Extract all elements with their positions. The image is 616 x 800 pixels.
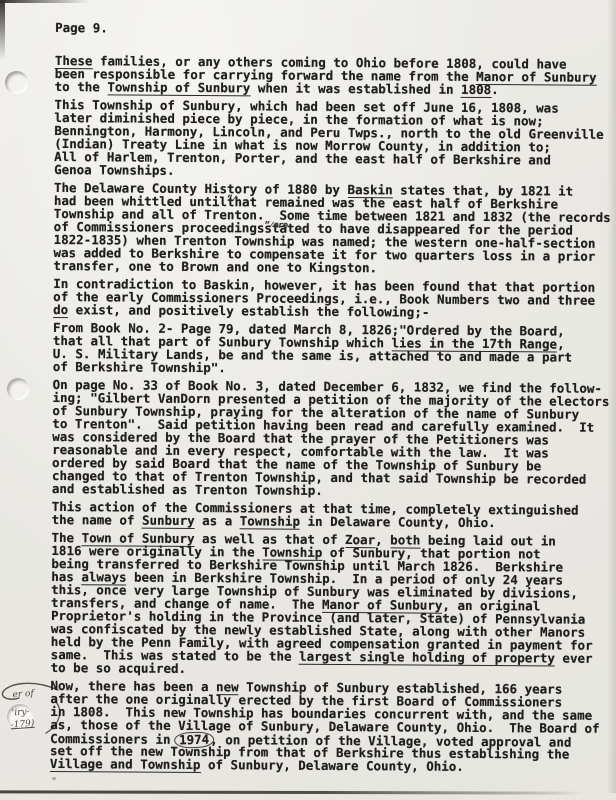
underlined-text: largest single holding of property: [299, 649, 555, 667]
underlined-text: Sunbury: [142, 513, 195, 529]
paragraph: On page No. 33 of Book No. 3, dated Dece…: [52, 378, 614, 499]
page-label: Page 9.: [55, 21, 616, 38]
paragraph: The Town of Sunbury as well as that of Z…: [51, 531, 613, 678]
scan-bottom-strip: [0, 793, 616, 800]
underlined-text: do: [53, 302, 68, 318]
paragraph: These families, or any others coming to …: [55, 54, 616, 97]
scanned-document-page: er of 'iry- -179) Page 9. These families…: [0, 0, 616, 800]
paragraph: From Book No. 2- Page 79, dated March 8,…: [53, 321, 614, 377]
underlined-text: Township of Sunbury: [107, 79, 250, 96]
underlined-text: 1808: [461, 82, 491, 98]
paragraph: The Delaware County History of 1880 by B…: [53, 181, 615, 276]
scan-edge-artifact: [0, 0, 90, 3]
document-body: These families, or any others coming to …: [50, 54, 616, 774]
underlined-text: Village and Township: [50, 756, 201, 773]
paragraph: In contradiction to Baskin, however, it …: [53, 277, 614, 320]
paragraph: This Township of Sunbury, which had been…: [54, 98, 616, 180]
scan-speck: [52, 777, 56, 780]
underlined-text: Township: [240, 513, 300, 529]
paragraph: This action of the Commissioners at that…: [52, 500, 613, 530]
paragraph: Now, there has been a new Township of Su…: [50, 679, 612, 774]
typed-text-block: Page 9. These families, or any others co…: [0, 21, 616, 779]
hand-circled-text: 1974: [174, 731, 215, 748]
